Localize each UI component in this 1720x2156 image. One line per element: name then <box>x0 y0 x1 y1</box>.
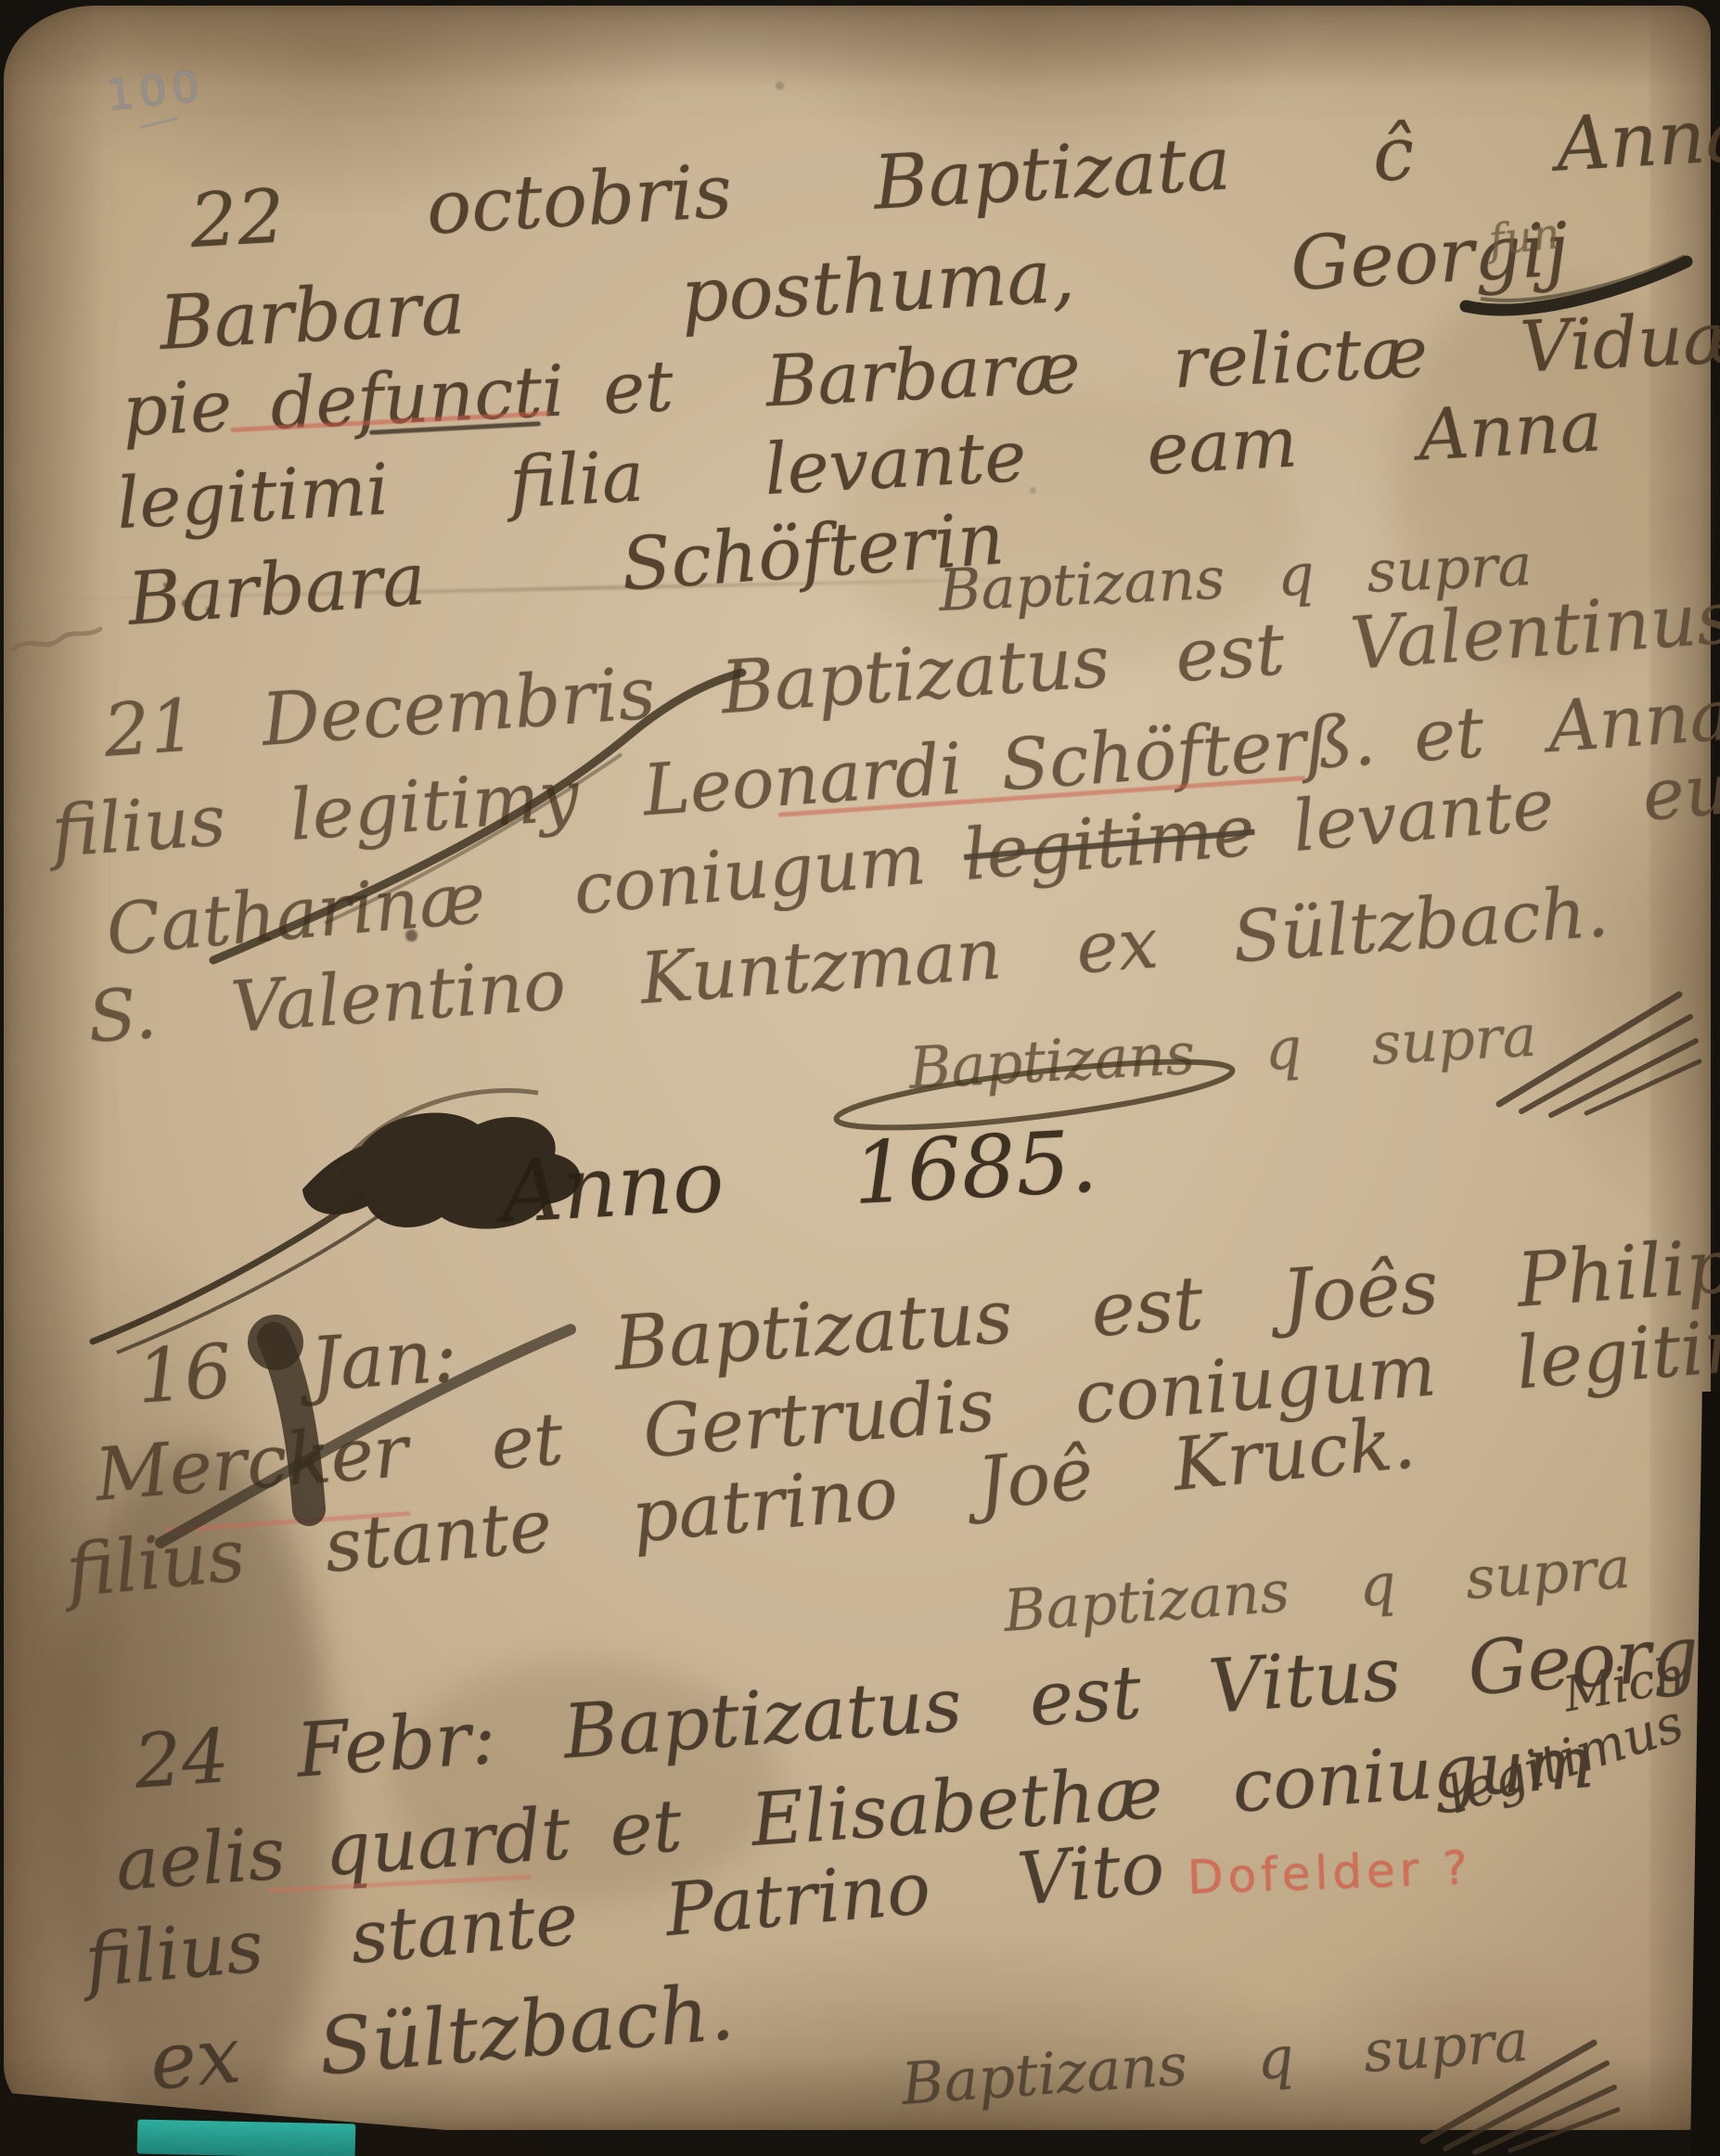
crossed-out-word: fun <box>1486 208 1562 265</box>
ink-speck <box>776 82 784 90</box>
red-archivist-stamp: Dofelder ? <box>1187 1841 1473 1905</box>
text-segment: aelis <box>113 1812 288 1907</box>
text-segment: quardt <box>322 1792 573 1893</box>
page-number: 100 <box>104 60 207 121</box>
text-segment: fun <box>1486 208 1562 265</box>
text-segment: pie <box>121 365 234 452</box>
teal-cover-edge <box>137 2120 356 2156</box>
